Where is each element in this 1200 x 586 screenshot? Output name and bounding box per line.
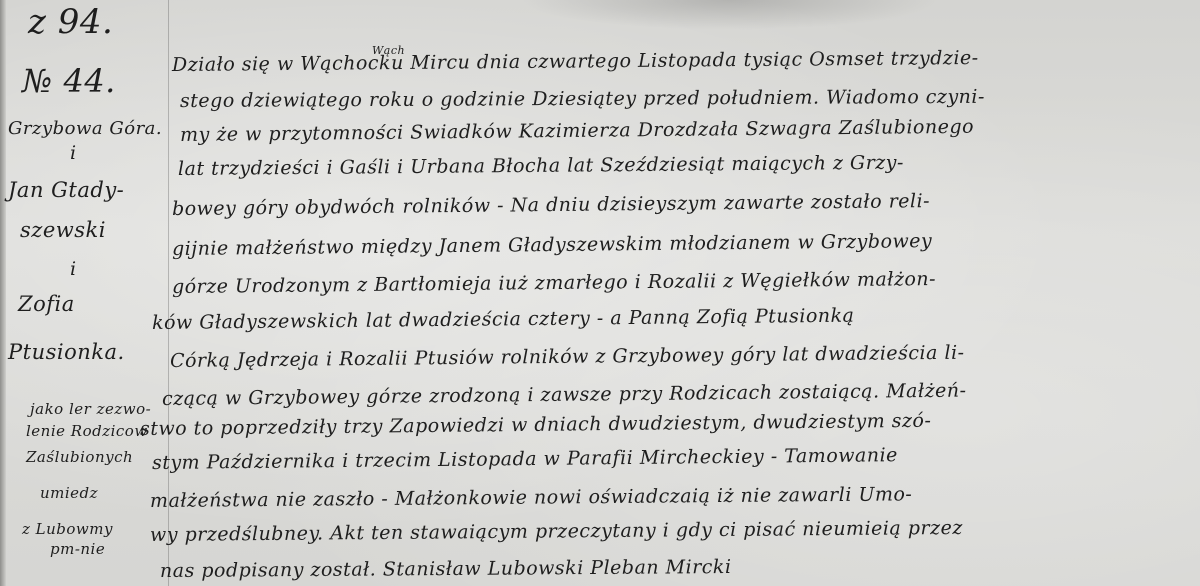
paper-stain <box>520 0 940 30</box>
margin-note: z Lubowmy <box>22 520 113 538</box>
record-line: bowey góry obydwóch rolników - Na dniu d… <box>172 190 930 220</box>
margin-connector: i <box>70 142 77 164</box>
record-line: wy przedślubney. Akt ten stawaiącym prze… <box>150 517 963 546</box>
record-signature-line: nas podpisany został. Stanisław Lubowski… <box>160 556 732 582</box>
margin-note: pm-nie <box>50 540 105 558</box>
record-line: Córką Jędrzeja i Rozalii Ptusiów rolnikó… <box>170 342 965 372</box>
record-line: czącą w Grzybowey górze zrodzoną i zawsz… <box>162 380 967 410</box>
entry-number: № 44. <box>22 62 116 100</box>
record-line: stego dziewiątego roku o godzinie Dziesi… <box>180 86 985 112</box>
margin-bride-surname: Ptusionka. <box>8 340 125 364</box>
record-line: górze Urodzonym z Bartłomieja iuż zmarłe… <box>172 268 936 298</box>
margin-groom-surname: szewski <box>20 218 106 242</box>
record-line: gijnie małżeństwo między Janem Gładyszew… <box>172 230 932 260</box>
margin-note: Zaślubionych <box>26 448 133 466</box>
document-scan: z 94. № 44. Grzybowa Góra. i Jan Gtady- … <box>0 0 1200 586</box>
margin-connector: i <box>70 258 77 280</box>
margin-groom-name: Jan Gtady- <box>8 178 124 202</box>
margin-note: lenie Rodzicow <box>26 422 148 440</box>
record-line: ków Gładyszewskich lat dwadzieścia czter… <box>152 305 855 334</box>
margin-note: jako ler zezwo- <box>30 400 151 418</box>
record-line: stym Października i trzecim Listopada w … <box>152 444 898 474</box>
margin-bride-name: Zofia <box>18 292 75 316</box>
record-line: my że w przytomności Swiadków Kazimierza… <box>180 116 974 146</box>
record-line: stwo to poprzedziły trzy Zapowiedzi w dn… <box>140 410 932 440</box>
margin-note: umiedz <box>40 484 98 502</box>
record-line: lat trzydzieści i Gaśli i Urbana Błocha … <box>178 152 904 180</box>
page-number: z 94. <box>28 2 113 42</box>
margin-village: Grzybowa Góra. <box>8 118 162 139</box>
page-edge <box>0 0 6 586</box>
record-line: małżeństwa nie zaszło - Małżonkowie nowi… <box>150 483 912 512</box>
record-line: Działo się w Wąchocku Mircu dnia czwarte… <box>172 47 979 76</box>
